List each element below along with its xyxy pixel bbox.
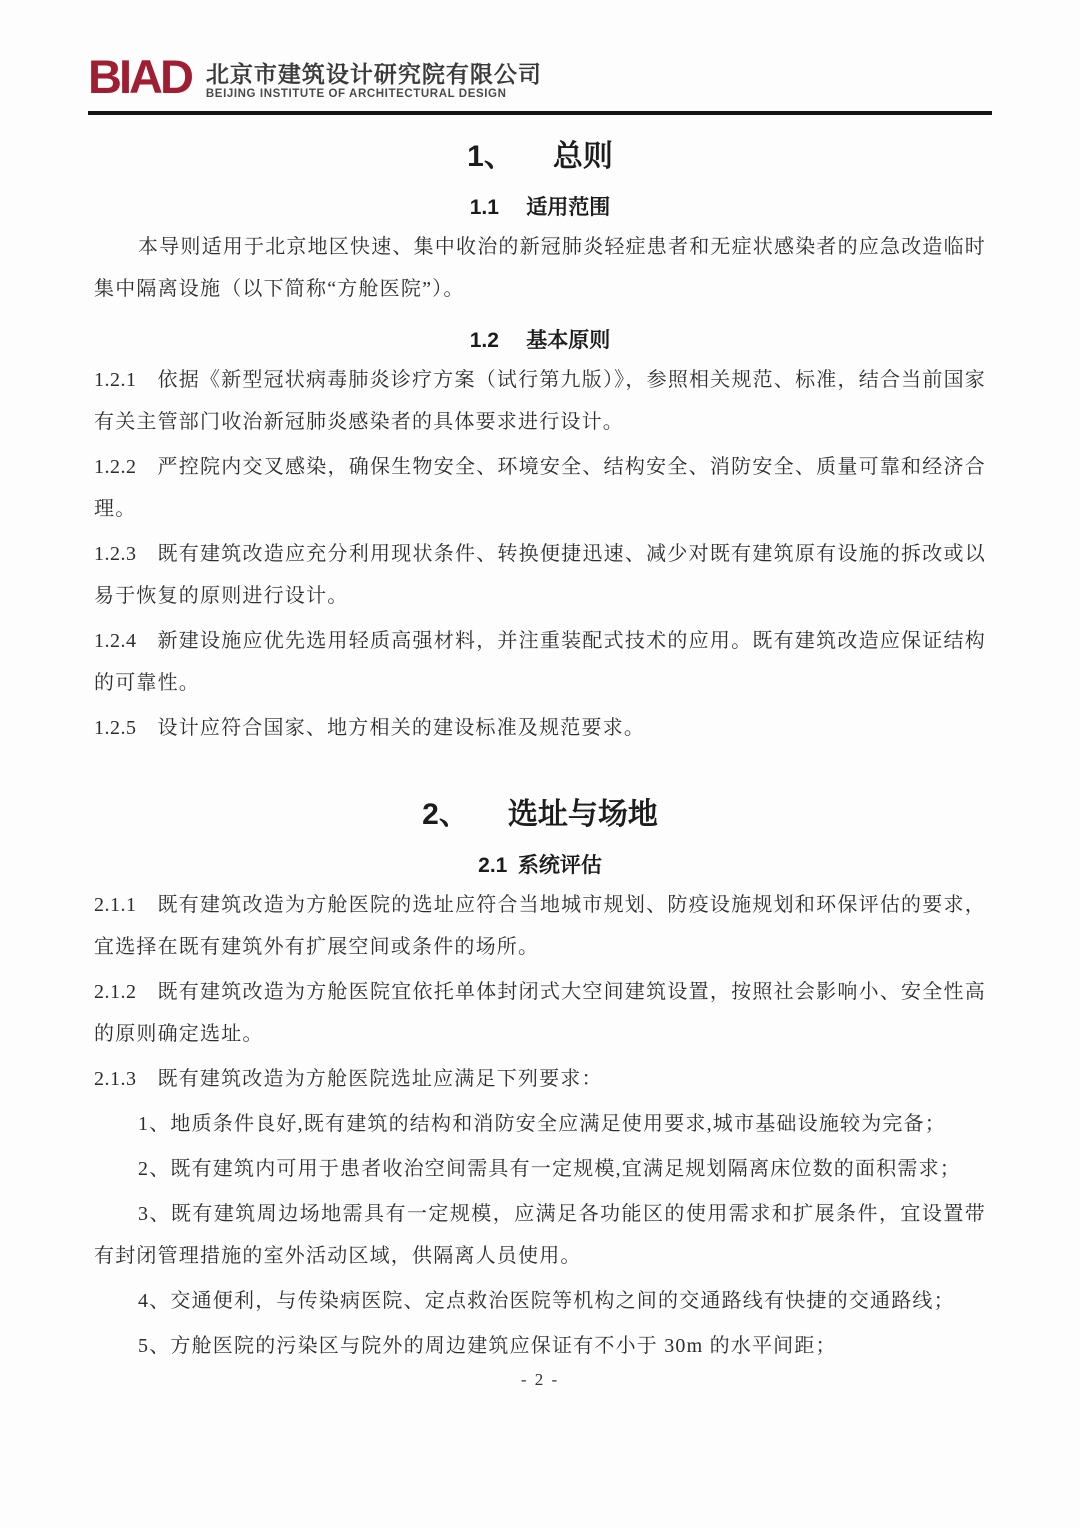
clause-number: 1.2.1 xyxy=(94,369,137,391)
paragraph-scope: 本导则适用于北京地区快速、集中收治的新冠肺炎轻症患者和无症状感染者的应急改造临时… xyxy=(94,226,986,310)
clause-text: 既有建筑改造应充分利用现状条件、转换便捷迅速、减少对既有建筑原有设施的拆改或以易… xyxy=(94,543,986,607)
chapter-2-title: 选址与场地 xyxy=(508,798,658,831)
company-name-block: 北京市建筑设计研究院有限公司 BEIJING INSTITUTE OF ARCH… xyxy=(206,54,542,102)
list-item-number: 3、 xyxy=(138,1203,171,1225)
list-item-number: 2、 xyxy=(138,1158,170,1180)
list-item-text: 既有建筑内可用于患者收治空间需具有一定规模,宜满足规划隔离床位数的面积需求； xyxy=(170,1158,961,1180)
chapter-1-title: 总则 xyxy=(553,140,613,173)
clause-number: 2.1.1 xyxy=(94,894,137,916)
document-body: 1、总则 1.1适用范围 本导则适用于北京地区快速、集中收治的新冠肺炎轻症患者和… xyxy=(0,137,1080,1367)
company-name-cn: 北京市建筑设计研究院有限公司 xyxy=(206,61,542,87)
clause-1-2-5: 1.2.5设计应符合国家、地方相关的建设标准及规范要求。 xyxy=(94,707,986,749)
clause-number: 1.2.4 xyxy=(94,630,137,652)
page-number: - 2 - xyxy=(0,1370,1080,1390)
clause-2-1-1: 2.1.1既有建筑改造为方舱医院的选址应符合当地城市规划、防疫设施规划和环保评估… xyxy=(94,884,986,968)
clause-number: 1.2.2 xyxy=(94,456,137,478)
document-page: BIAD 北京市建筑设计研究院有限公司 BEIJING INSTITUTE OF… xyxy=(0,0,1080,1528)
section-2-1-title: 系统评估 xyxy=(518,854,602,877)
clause-text: 既有建筑改造为方舱医院的选址应符合当地城市规划、防疫设施规划和环保评估的要求，宜… xyxy=(94,894,986,958)
list-item-text: 地质条件良好,既有建筑的结构和消防安全应满足使用要求,城市基础设施较为完备； xyxy=(170,1113,946,1135)
clause-2-1-2: 2.1.2既有建筑改造为方舱医院宜依托单体封闭式大空间建筑设置，按照社会影响小、… xyxy=(94,971,986,1055)
chapter-1-number: 1、 xyxy=(467,140,514,173)
list-item-2: 2、既有建筑内可用于患者收治空间需具有一定规模,宜满足规划隔离床位数的面积需求； xyxy=(94,1148,986,1190)
list-item-number: 4、 xyxy=(138,1290,170,1312)
clause-1-2-1: 1.2.1依据《新型冠状病毒肺炎诊疗方案（试行第九版）》，参照相关规范、标准，结… xyxy=(94,359,986,443)
section-1-2-title: 基本原则 xyxy=(526,329,610,352)
list-item-text: 方舱医院的污染区与院外的周边建筑应保证有不小于 30m 的水平间距； xyxy=(170,1335,836,1357)
clause-number: 2.1.3 xyxy=(94,1068,137,1090)
header: BIAD 北京市建筑设计研究院有限公司 BEIJING INSTITUTE OF… xyxy=(0,0,1080,115)
section-2-1-number: 2.1 xyxy=(478,854,507,877)
clause-text: 依据《新型冠状病毒肺炎诊疗方案（试行第九版）》，参照相关规范、标准，结合当前国家… xyxy=(94,369,986,433)
biad-logo: BIAD xyxy=(88,54,191,100)
list-item-number: 5、 xyxy=(138,1335,170,1357)
clause-2-1-3: 2.1.3既有建筑改造为方舱医院选址应满足下列要求： xyxy=(94,1058,986,1100)
section-1-2-heading: 1.2基本原则 xyxy=(94,326,986,356)
clause-number: 1.2.3 xyxy=(94,543,137,565)
clause-text: 既有建筑改造为方舱医院选址应满足下列要求： xyxy=(158,1068,603,1090)
list-item-3: 3、既有建筑周边场地需具有一定规模，应满足各功能区的使用需求和扩展条件，宜设置带… xyxy=(94,1193,986,1277)
clause-text: 严控院内交叉感染，确保生物安全、环境安全、结构安全、消防安全、质量可靠和经济合理… xyxy=(94,456,986,520)
list-item-text: 交通便利，与传染病医院、定点救治医院等机构之间的交通路线有快捷的交通路线； xyxy=(170,1290,954,1312)
list-item-text: 既有建筑周边场地需具有一定规模，应满足各功能区的使用需求和扩展条件，宜设置带有封… xyxy=(94,1203,986,1267)
brand-block: BIAD 北京市建筑设计研究院有限公司 BEIJING INSTITUTE OF… xyxy=(88,54,992,102)
clause-1-2-2: 1.2.2严控院内交叉感染，确保生物安全、环境安全、结构安全、消防安全、质量可靠… xyxy=(94,446,986,530)
section-1-1-title: 适用范围 xyxy=(526,196,610,219)
chapter-2-number: 2、 xyxy=(422,798,469,831)
clause-1-2-3: 1.2.3既有建筑改造应充分利用现状条件、转换便捷迅速、减少对既有建筑原有设施的… xyxy=(94,533,986,617)
clause-number: 2.1.2 xyxy=(94,981,137,1003)
section-2-1-heading: 2.1系统评估 xyxy=(94,851,986,881)
section-1-1-heading: 1.1适用范围 xyxy=(94,193,986,223)
company-name-en: BEIJING INSTITUTE OF ARCHITECTURAL DESIG… xyxy=(206,87,542,102)
section-1-1-number: 1.1 xyxy=(470,196,499,219)
chapter-2-heading: 2、选址与场地 xyxy=(94,795,986,835)
list-item-1: 1、地质条件良好,既有建筑的结构和消防安全应满足使用要求,城市基础设施较为完备； xyxy=(94,1103,986,1145)
chapter-1-heading: 1、总则 xyxy=(94,137,986,177)
header-divider xyxy=(88,111,992,115)
list-item-4: 4、交通便利，与传染病医院、定点救治医院等机构之间的交通路线有快捷的交通路线； xyxy=(94,1280,986,1322)
clause-text: 设计应符合国家、地方相关的建设标准及规范要求。 xyxy=(158,717,646,739)
clause-text: 既有建筑改造为方舱医院宜依托单体封闭式大空间建筑设置，按照社会影响小、安全性高的… xyxy=(94,981,986,1045)
section-1-2-number: 1.2 xyxy=(470,329,499,352)
clause-1-2-4: 1.2.4新建设施应优先选用轻质高强材料，并注重装配式技术的应用。既有建筑改造应… xyxy=(94,620,986,704)
clause-number: 1.2.5 xyxy=(94,717,137,739)
clause-text: 新建设施应优先选用轻质高强材料，并注重装配式技术的应用。既有建筑改造应保证结构的… xyxy=(94,630,986,694)
list-item-number: 1、 xyxy=(138,1113,170,1135)
list-item-5: 5、方舱医院的污染区与院外的周边建筑应保证有不小于 30m 的水平间距； xyxy=(94,1325,986,1367)
